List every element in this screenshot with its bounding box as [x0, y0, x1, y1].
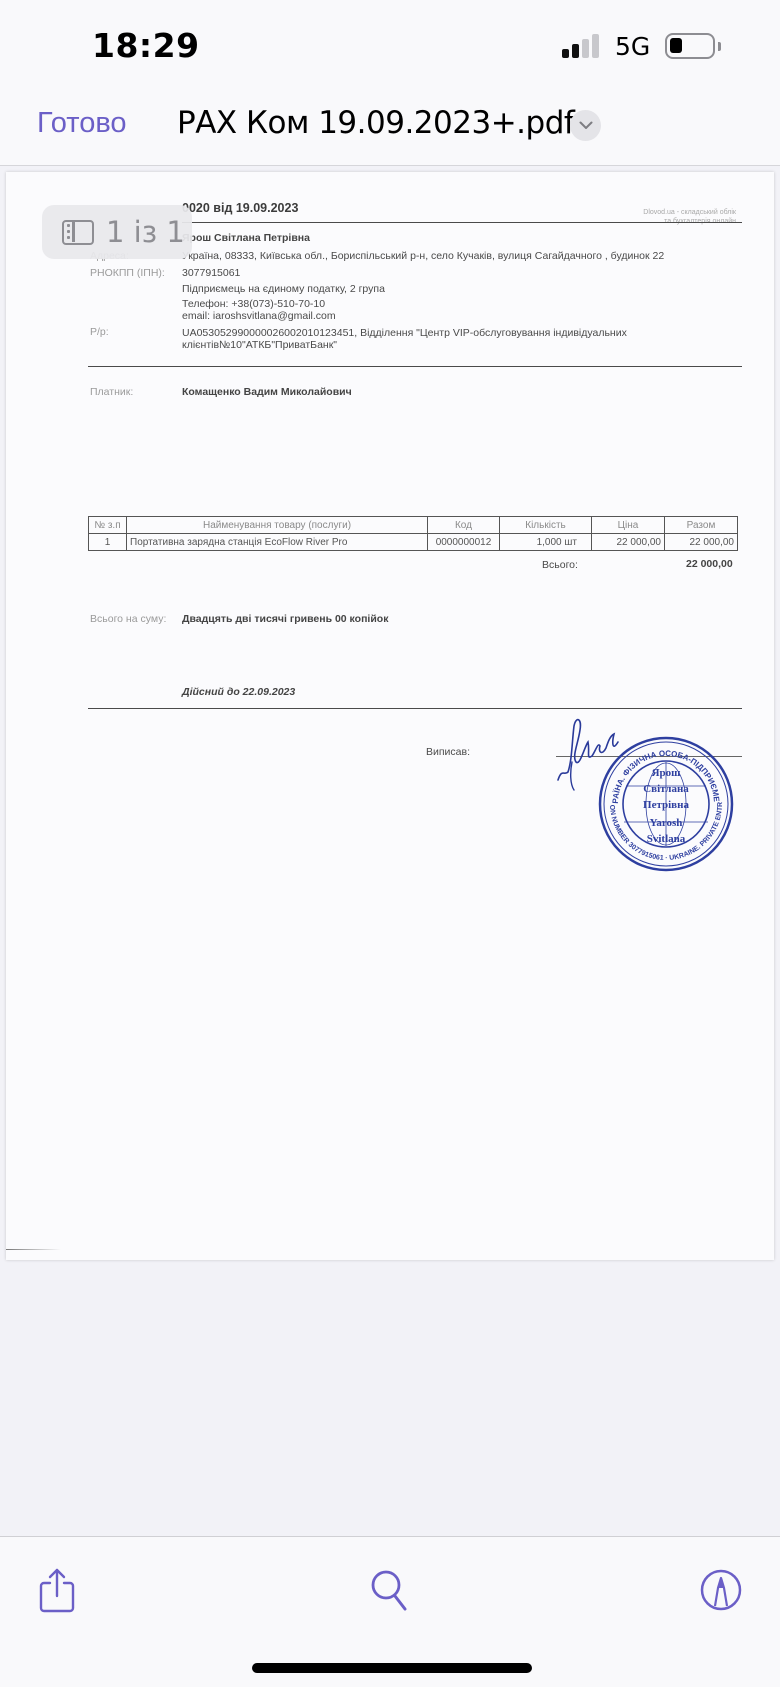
col-code: Код [428, 517, 500, 534]
stamp-center-line-2: Світлана [643, 783, 689, 795]
invoice-document: 0020 від 19.09.2023 Dlovod.ua - складськ… [6, 172, 774, 1260]
col-total: Разом [665, 517, 738, 534]
total-value: 22 000,00 [686, 558, 733, 570]
phone: Телефон: +38(073)-510-70-10 [182, 298, 325, 310]
sum-words: Двадцять дві тисячі гривень 00 копійок [182, 613, 388, 625]
col-quantity: Кількість [500, 517, 592, 534]
col-number: № з.п [89, 517, 127, 534]
col-price: Ціна [592, 517, 665, 534]
table-row: 1 Портативна зарядна станція EcoFlow Riv… [89, 534, 738, 551]
watermark: Dlovod.ua - складський облік та бухгалте… [643, 208, 736, 226]
title-menu-button[interactable] [570, 110, 601, 141]
document-title[interactable]: РАХ Ком 19.09.2023+.pdf [177, 105, 574, 141]
cell-price: 22 000,00 [592, 534, 665, 551]
footer-divider [88, 708, 742, 709]
stamp-center-line-4: Yarosh [650, 817, 683, 829]
cell-code: 0000000012 [428, 534, 500, 551]
account-label: Р/р: [90, 326, 109, 338]
stamp-center-line-5: Svitlana [647, 833, 686, 845]
watermark-line-1: Dlovod.ua - складський облік [643, 208, 736, 217]
stamp-center-line-1: Ярош [652, 767, 681, 779]
share-button[interactable] [32, 1565, 82, 1615]
nav-bar: Готово РАХ Ком 19.09.2023+.pdf [0, 92, 780, 166]
supplier-name: Ярош Світлана Петрівна [182, 232, 310, 244]
scan-artifact-line [6, 1249, 61, 1251]
invoice-title: 0020 від 19.09.2023 [182, 201, 298, 215]
page-count: 1 із 1 [106, 215, 185, 249]
stamp-image: УКРАЇНА. ФІЗИЧНА ОСОБА-ПІДПРИЄМЕЦЬ REGIS… [596, 734, 736, 874]
items-table: № з.п Найменування товару (послуги) Код … [88, 516, 738, 551]
title-divider [182, 222, 742, 223]
thumbnails-icon [62, 220, 94, 245]
account-line-1: UA053052990000026002010123451, Відділенн… [182, 327, 627, 339]
search-icon [369, 1568, 411, 1612]
network-type: 5G [615, 32, 650, 61]
cell-quantity: 1,000 шт [500, 534, 592, 551]
battery-cap [718, 42, 721, 51]
markup-icon [699, 1568, 743, 1612]
email: email: iaroshsvitlana@gmail.com [182, 310, 336, 322]
status-time: 18:29 [92, 26, 200, 65]
cellular-signal-icon [562, 34, 604, 58]
supplier-divider [88, 366, 742, 367]
cell-name: Портативна зарядна станція EcoFlow River… [127, 534, 428, 551]
address-value: Україна, 08333, Київська обл., Бориспіль… [182, 250, 664, 262]
tax-id-value: 3077915061 [182, 267, 240, 279]
sum-words-label: Всього на суму: [90, 613, 166, 625]
document-viewer[interactable]: 1 із 1 0020 від 19.09.2023 Dlovod.ua - с… [0, 166, 780, 1536]
search-button[interactable] [365, 1565, 415, 1615]
battery-icon [665, 33, 715, 59]
cell-total: 22 000,00 [665, 534, 738, 551]
issued-by-label: Виписав: [426, 746, 470, 758]
pdf-page[interactable]: 1 із 1 0020 від 19.09.2023 Dlovod.ua - с… [6, 172, 774, 1260]
battery-level [670, 38, 682, 53]
total-label: Всього: [542, 559, 578, 571]
chevron-down-icon [579, 121, 593, 130]
page-indicator[interactable]: 1 із 1 [42, 205, 192, 259]
valid-until: Дійсний до 22.09.2023 [182, 686, 295, 698]
markup-button[interactable] [696, 1565, 746, 1615]
cell-number: 1 [89, 534, 127, 551]
col-name: Найменування товару (послуги) [127, 517, 428, 534]
account-line-2: клієнтів№10"АТКБ"ПриватБанк" [182, 339, 337, 351]
share-icon [38, 1567, 76, 1613]
payer-name: Комащенко Вадим Миколайович [182, 386, 352, 398]
home-indicator[interactable] [252, 1663, 532, 1673]
payer-label: Платник: [90, 386, 133, 398]
done-button[interactable]: Готово [37, 107, 127, 140]
tax-status: Підприємець на єдиному податку, 2 група [182, 283, 385, 295]
status-bar: 18:29 5G [0, 0, 780, 92]
stamp-center-line-3: Петрівна [643, 799, 689, 811]
table-header-row: № з.п Найменування товару (послуги) Код … [89, 517, 738, 534]
tax-id-label: РНОКПП (ІПН): [90, 267, 165, 279]
